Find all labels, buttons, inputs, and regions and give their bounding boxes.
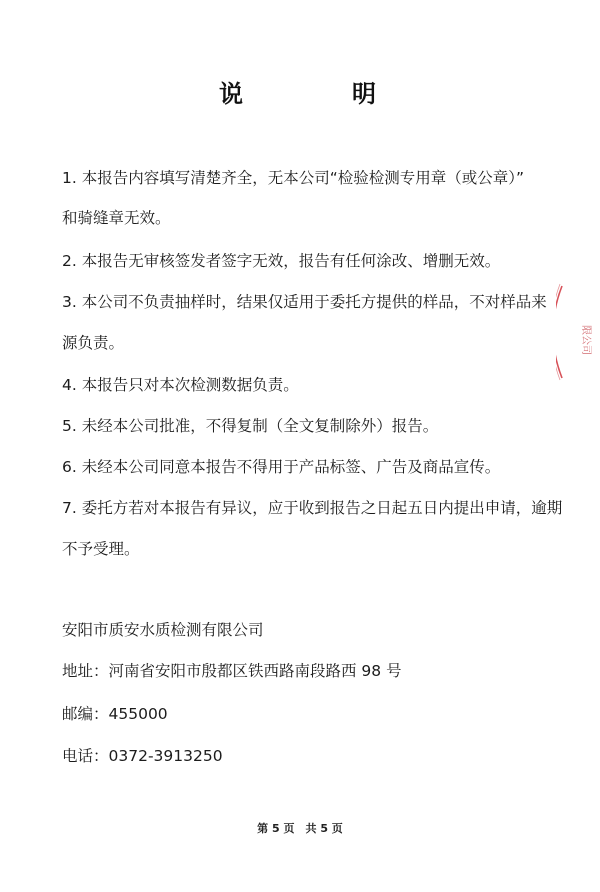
clause-3-line-1: 3. 本公司不负责抽样时，结果仅适用于委托方提供的样品，不对样品来 (62, 292, 547, 312)
company-postcode: 邮编：455000 (62, 704, 168, 724)
page-title: 说 明 (0, 74, 600, 108)
clause-2-line-1: 2. 本报告无审核签发者签字无效，报告有任何涂改、增删无效。 (62, 251, 500, 271)
company-phone: 电话：0372-3913250 (62, 746, 223, 766)
title-char-1: 说 (219, 74, 243, 109)
clause-7-line-2: 不予受理。 (62, 539, 140, 559)
clause-4-line-1: 4. 本报告只对本次检测数据负责。 (62, 375, 299, 395)
seal-text: 限公司 (579, 325, 591, 339)
official-seal-stamp: 限公司 (556, 282, 600, 382)
company-address: 地址：河南省安阳市殷都区铁西路南段路西 98 号 (62, 661, 402, 681)
seal-arc-icon (556, 282, 600, 382)
clause-1-line-1: 1. 本报告内容填写清楚齐全，无本公司“检验检测专用章（或公章）” (62, 168, 524, 188)
clause-7-line-1: 7. 委托方若对本报告有异议，应于收到报告之日起五日内提出申请，逾期 (62, 498, 562, 518)
clause-3-line-2: 源负责。 (62, 333, 124, 353)
clause-6-line-1: 6. 未经本公司同意本报告不得用于产品标签、广告及商品宣传。 (62, 457, 500, 477)
company-name: 安阳市质安水质检测有限公司 (62, 620, 264, 640)
title-char-2: 明 (352, 74, 376, 109)
clause-5-line-1: 5. 未经本公司批准，不得复制（全文复制除外）报告。 (62, 416, 438, 436)
clause-1-line-2: 和骑缝章无效。 (62, 208, 171, 228)
page-number: 第 5 页 共 5 页 (0, 820, 600, 836)
